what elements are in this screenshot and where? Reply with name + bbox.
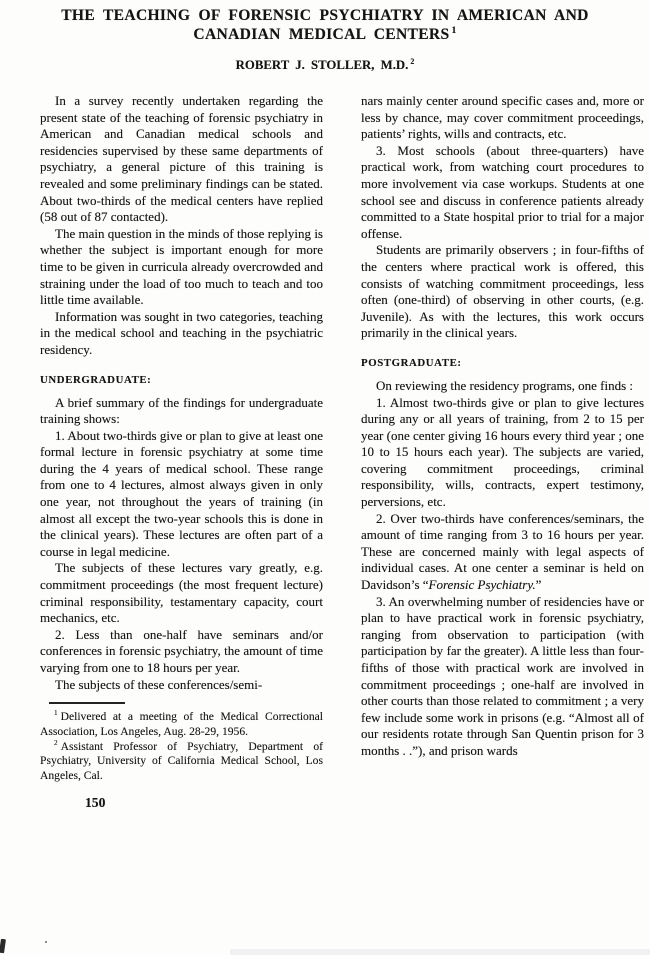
masthead: THE TEACHING OF FORENSIC PSYCHIATRY IN A… [0,0,650,73]
section-heading-undergraduate: UNDERGRADUATE: [40,374,323,386]
paragraph-undergrad-item3: 3. Most schools (about three-quarters) h… [361,143,644,243]
paragraph-residency-item2: 2. Over two-thirds have conferences/semi… [361,511,644,594]
paragraph-residency-item1: 1. Almost two-thirds give or plan to giv… [361,395,644,511]
paragraph-reviewing: On reviewing the residency programs, one… [361,378,644,395]
paragraph-information: Information was sought in two categories… [40,309,323,359]
column-right: nars mainly center around specific cases… [361,93,644,811]
footnote-1-text: Delivered at a meeting of the Medical Co… [40,710,323,738]
footnote-rule [49,702,125,704]
article-title-line1: THE TEACHING OF FORENSIC PSYCHIATRY IN A… [61,7,589,24]
footnote-2-text: Assistant Professor of Psychiatry, Depar… [40,740,323,782]
article-title-line2: CANADIAN MEDICAL CENTERS [193,26,449,43]
article-title: THE TEACHING OF FORENSIC PSYCHIATRY IN A… [0,6,650,44]
section-heading-postgraduate: POSTGRADUATE: [361,357,644,369]
author-byline: ROBERT J. STOLLER, M.D.2 [0,58,650,73]
paragraph-observers: Students are primarily observers ; in fo… [361,242,644,342]
residency-item2-book-title: Forensic Psychiatry. [429,577,536,592]
two-column-body: In a survey recently undertaken regardin… [0,93,650,811]
paragraph-subjects-conferences: The subjects of these conferences/semi- [40,677,323,694]
paragraph-undergrad-item2: 2. Less than one-half have seminars and/… [40,627,323,677]
paragraph-survey: In a survey recently undertaken regardin… [40,93,323,226]
residency-item2-closing-quote: ” [536,577,542,592]
author-footnote-ref: 2 [410,57,414,66]
footnote-2: 2Assistant Professor of Psychiatry, Depa… [40,740,323,784]
author-name: ROBERT J. STOLLER, M.D. [236,58,409,72]
scanned-paper-page: THE TEACHING OF FORENSIC PSYCHIATRY IN A… [0,0,650,955]
scan-artifact-speck [0,939,6,954]
scan-artifact-dot [45,941,47,943]
column-left: In a survey recently undertaken regardin… [40,93,323,811]
footnote-1-ref: 1 [54,709,58,717]
paragraph-brief-summary: A brief summary of the findings for unde… [40,395,323,428]
scan-artifact-edge [230,949,650,955]
page-number: 150 [85,795,323,811]
footnote-1: 1Delivered at a meeting of the Medical C… [40,710,323,739]
footnote-2-ref: 2 [54,739,58,747]
paragraph-continuation: nars mainly center around specific cases… [361,93,644,143]
paragraph-subjects-lectures: The subjects of these lectures vary grea… [40,560,323,626]
paragraph-residency-item3: 3. An overwhelming number of residencies… [361,594,644,760]
paragraph-main-question: The main question in the minds of those … [40,226,323,309]
paragraph-undergrad-item1: 1. About two-thirds give or plan to give… [40,428,323,561]
title-footnote-ref: 1 [451,25,456,36]
